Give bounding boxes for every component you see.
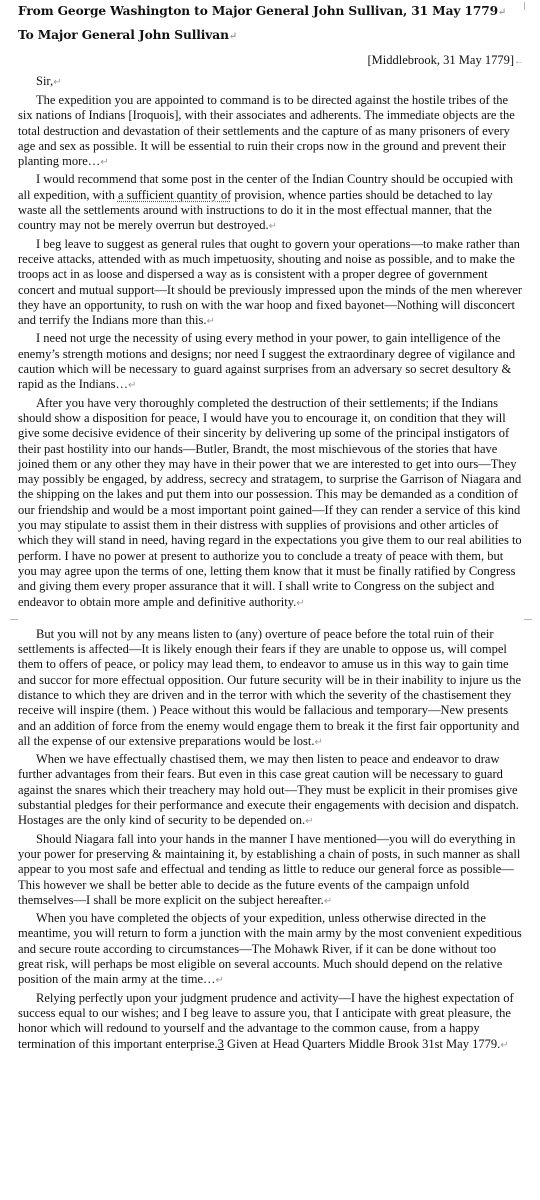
paragraph-1[interactable]: The expedition you are appointed to comm… — [18, 93, 524, 170]
paragraph-mark-icon: ↵ — [269, 221, 277, 232]
paragraph-mark-icon: ↵ — [229, 31, 237, 42]
paragraph-mark-icon: ↵ — [500, 1040, 508, 1051]
paragraph-mark-icon: ↵ — [207, 316, 215, 327]
grammar-flagged-text[interactable]: a sufficient quantity of — [118, 188, 231, 202]
paragraph-7[interactable]: When we have effectually chastised them,… — [18, 752, 524, 829]
paragraph-6[interactable]: But you will not by any means listen to … — [18, 627, 524, 750]
paragraph-8[interactable]: Should Niagara fall into your hands in t… — [18, 832, 524, 909]
paragraph-10[interactable]: Relying perfectly upon your judgment pru… — [18, 991, 524, 1053]
document-page: From George Washington to Major General … — [18, 0, 524, 1053]
paragraph-9[interactable]: When you have completed the objects of y… — [18, 911, 524, 988]
paragraph-mark-icon: ↵ — [53, 77, 61, 88]
addressee-heading: To Major General John Sullivan↵ — [18, 24, 524, 48]
paragraph-mark-icon: ↵ — [128, 380, 136, 391]
page-break — [18, 611, 524, 625]
dateline: [Middlebrook, 31 May 1779]← — [18, 52, 524, 70]
page-corner-mark-top-right — [524, 2, 525, 10]
document-title: From George Washington to Major General … — [18, 0, 524, 24]
paragraph-2[interactable]: I would recommend that some post in the … — [18, 172, 524, 234]
paragraph-4[interactable]: I need not urge the necessity of using e… — [18, 331, 524, 393]
paragraph-5[interactable]: After you have very thoroughly completed… — [18, 396, 524, 611]
paragraph-3[interactable]: I beg leave to suggest as general rules … — [18, 237, 524, 330]
page-corner-mark-left — [10, 619, 18, 620]
paragraph-mark-icon: ↵ — [314, 737, 322, 748]
salutation: Sir,↵ — [18, 73, 524, 91]
paragraph-mark-icon: ↵ — [498, 7, 506, 18]
paragraph-mark-icon: ↵ — [216, 975, 224, 986]
paragraph-mark-icon: ↵ — [324, 896, 332, 907]
paragraph-mark-icon: ← — [514, 56, 524, 67]
paragraph-mark-icon: ↵ — [296, 598, 304, 609]
paragraph-mark-icon: ↵ — [305, 816, 313, 827]
paragraph-mark-icon: ↵ — [100, 157, 108, 168]
page-corner-mark-right — [524, 619, 532, 620]
